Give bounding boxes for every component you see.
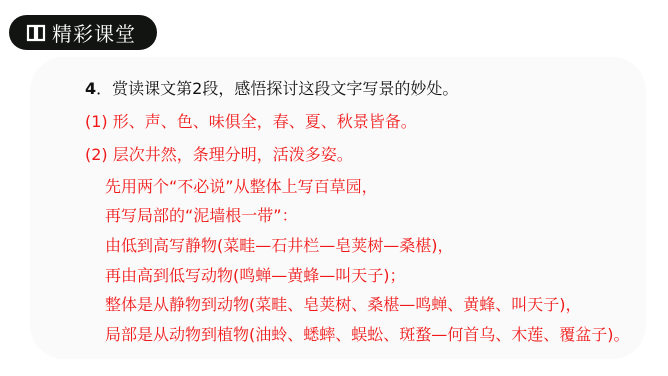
detail-line-2: 再写局部的“泥墙根一带”： xyxy=(105,203,298,226)
detail-line-6: 局部是从动物到植物(油蛉、蟋蟀、蜈蚣、斑蝥—何首乌、木莲、覆盆子)。 xyxy=(105,322,630,345)
answer-1: (1) 形、声、色、味俱全，春、夏、秋景皆备。 xyxy=(85,109,417,132)
detail-line-1: 先用两个“不必说”从整体上写百草园， xyxy=(105,174,378,197)
question-line: 4．赏读课文第2段，感悟探讨这段文字写景的妙处。 xyxy=(85,76,458,99)
question-number: 4 xyxy=(85,79,96,98)
section-title: 精彩课堂 xyxy=(52,18,136,47)
open-book-icon xyxy=(26,24,46,42)
detail-line-3: 由低到高写静物(菜畦—石井栏—皂荚树—桑椹)， xyxy=(105,233,454,256)
detail-line-4: 再由高到低写动物(鸣蝉—黄蜂—叫天子)； xyxy=(105,263,406,286)
answer-2: (2) 层次井然，条理分明，活泼多姿。 xyxy=(85,142,353,165)
section-badge: 精彩课堂 xyxy=(9,15,157,50)
question-text: ．赏读课文第2段，感悟探讨这段文字写景的妙处。 xyxy=(96,79,458,98)
detail-line-5: 整体是从静物到动物(菜畦、皂荚树、桑椹—鸣蝉、黄蜂、叫天子)， xyxy=(105,292,582,315)
